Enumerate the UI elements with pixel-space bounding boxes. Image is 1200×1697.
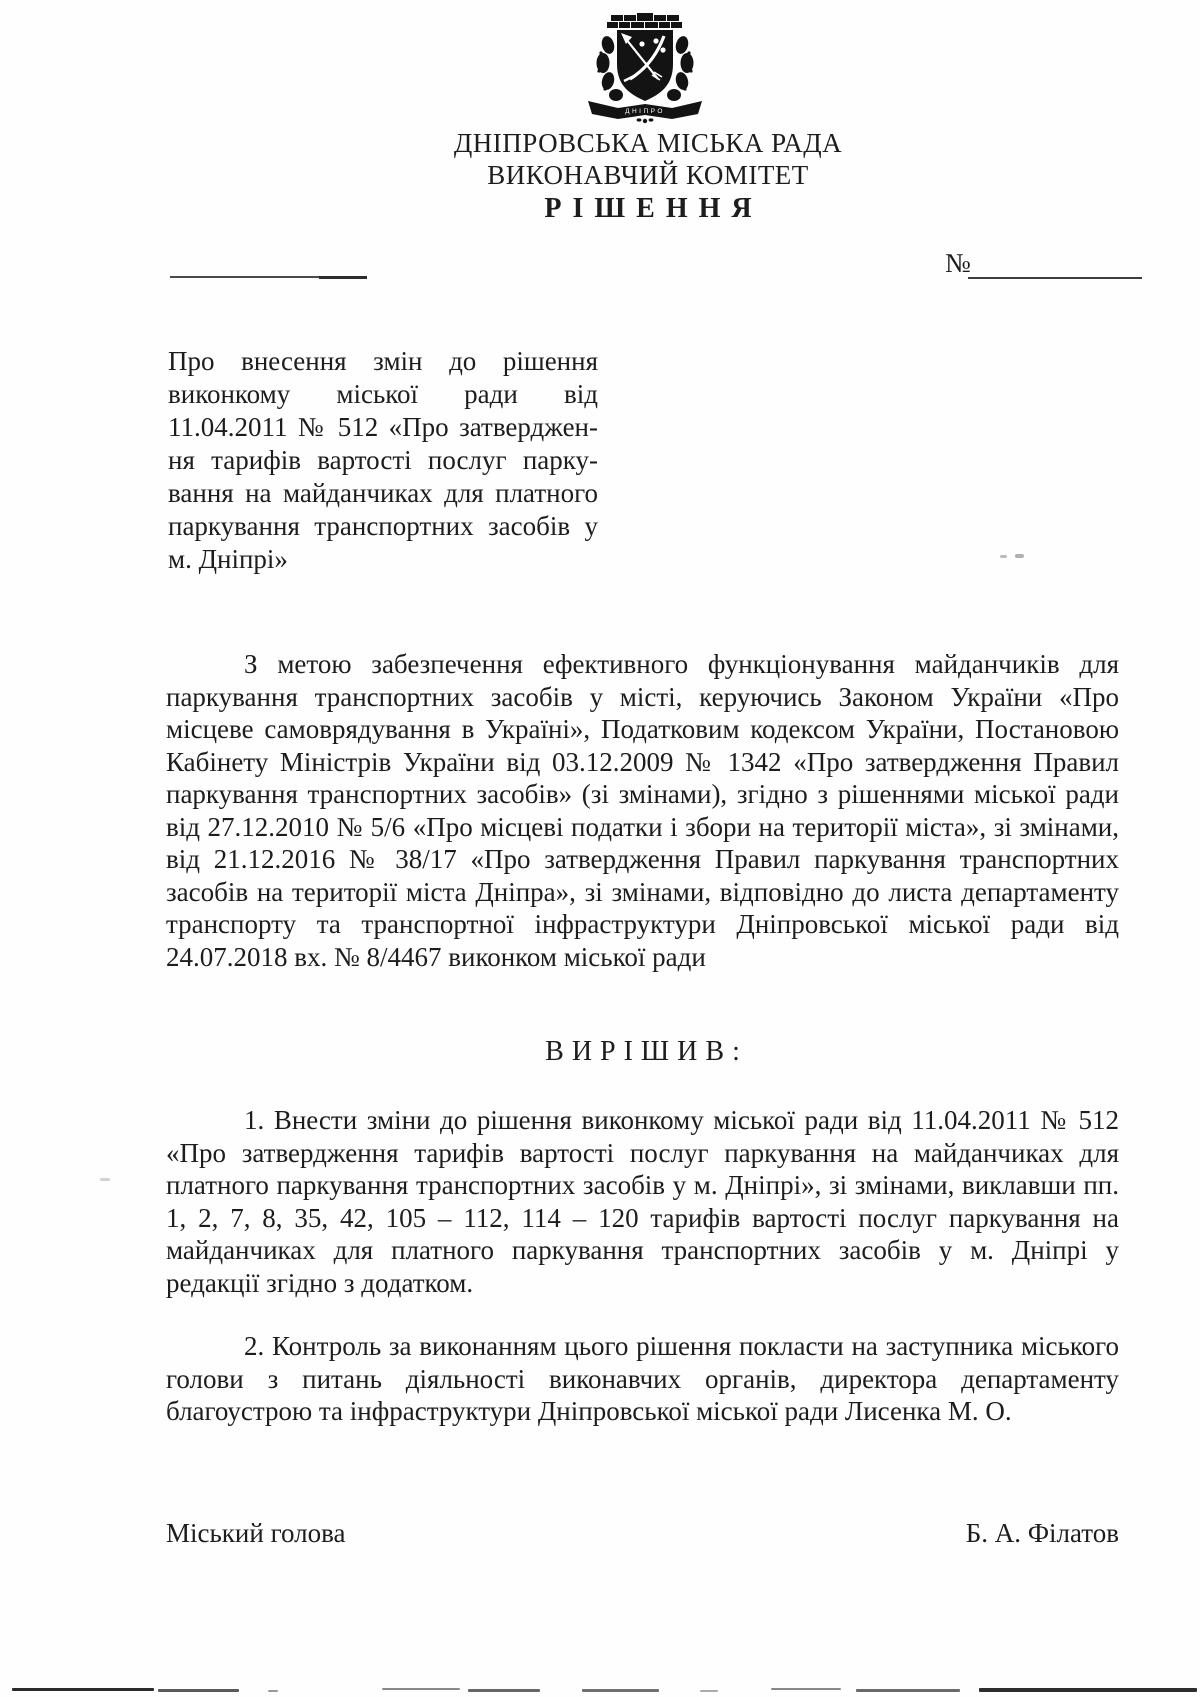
scan-artifact-line [158, 1689, 239, 1692]
date-blank-line [170, 276, 367, 278]
org-unit: ВИКОНАВЧИЙ КОМІТЕТ [96, 160, 1200, 191]
subject-line: ня тарифів вартості послуг парку- [168, 444, 598, 477]
subject-line: Про внесення змін до рішення [168, 345, 598, 378]
subject-paragraph: Про внесення змін до рішення виконкому м… [168, 345, 598, 576]
subject-line: виконкому міської ради від [168, 378, 598, 411]
scan-artifact-line [979, 1688, 1197, 1692]
resolution-item-1: 1. Внести зміни до рішення виконкому міс… [166, 1104, 1119, 1299]
subject-line: м. Дніпрі» [168, 543, 598, 576]
resolution-heading: ВИРІШИВ: [166, 1036, 1119, 1068]
number-blank-line [968, 277, 1142, 279]
scan-artifact-line [468, 1689, 540, 1692]
scan-artifact-line [268, 1690, 278, 1692]
scan-artifact-line [12, 1688, 154, 1691]
signature-name: Б. А. Філатов [166, 1518, 1119, 1549]
subject-line: 11.04.2011 № 512 «Про затверджен- [168, 411, 598, 444]
scan-smudge [100, 1178, 110, 1181]
emblem-banner-text: ДНІПРО [625, 108, 665, 115]
scan-artifact-line [382, 1688, 460, 1690]
scan-smudge [1000, 555, 1007, 558]
resolution-item-2: 2. Контроль за виконанням цього рішення … [166, 1330, 1119, 1428]
scan-artifact-line [771, 1688, 841, 1690]
coat-of-arms-icon: ДНІПРО [560, 12, 732, 126]
org-name: ДНІПРОВСЬКА МІСЬКА РАДА [96, 128, 1200, 159]
doc-type-title: РІШЕННЯ [96, 193, 1200, 225]
subject-line: вання на майданчиках для платного [168, 477, 598, 510]
scan-artifact-line [856, 1689, 960, 1692]
scan-artifact-line [700, 1690, 718, 1692]
preamble-paragraph: З метою забезпечення ефективного функціо… [166, 648, 1119, 973]
number-label: № [945, 248, 971, 279]
scanned-decision-document: ДНІПРО ДНІПРОВСЬКА МІСЬКА РАДА ВИКОНАВЧИ… [0, 0, 1200, 1697]
scan-smudge [1015, 554, 1024, 558]
scan-artifact-line [582, 1689, 659, 1692]
subject-line: паркування транспортних засобів у [168, 510, 598, 543]
